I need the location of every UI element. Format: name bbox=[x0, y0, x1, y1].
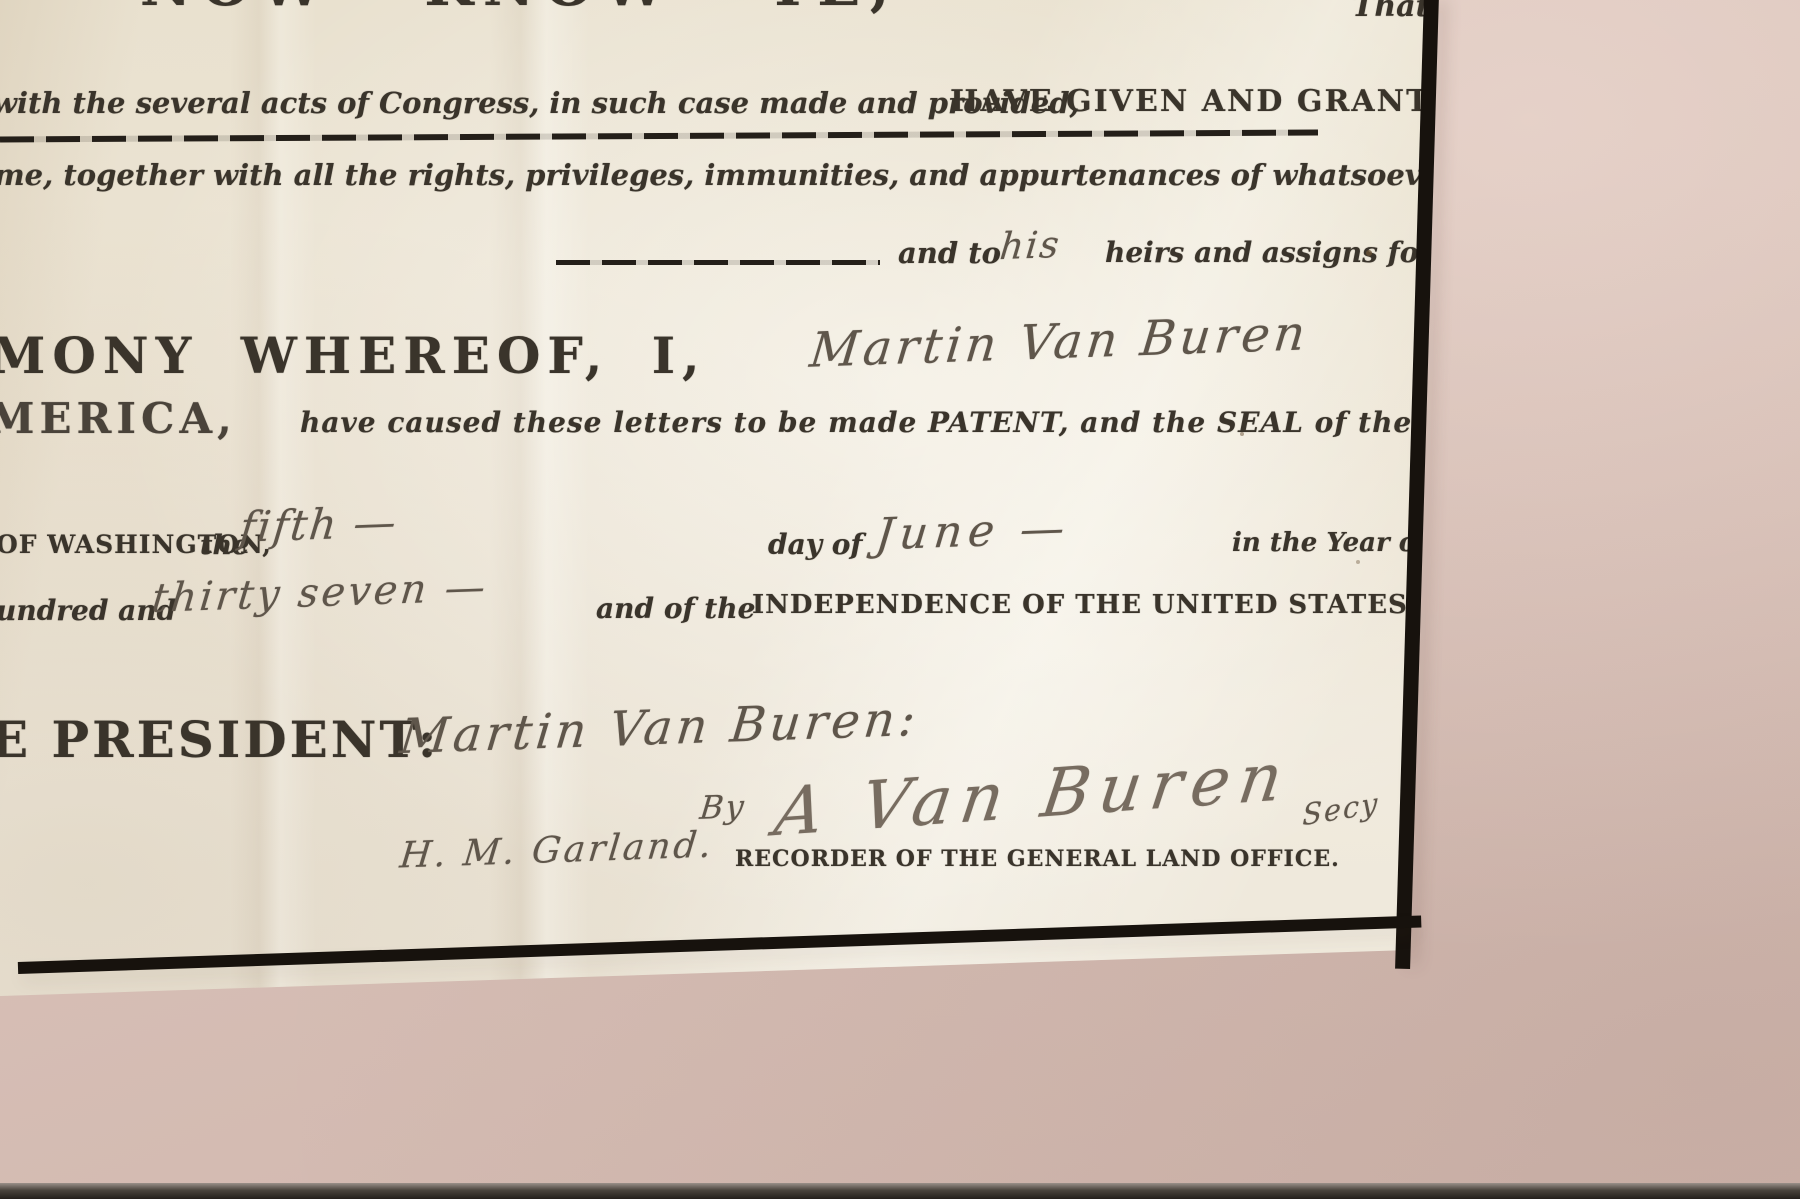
line-rights: me, together with all the rights, privil… bbox=[0, 158, 1755, 192]
line-city-tail: in the Year of our bbox=[1232, 528, 1486, 558]
paper-spot bbox=[1366, 250, 1372, 256]
recorder-title: RECORDER OF THE GENERAL LAND OFFICE. bbox=[735, 846, 1340, 872]
line-heirs-script-his: his bbox=[998, 223, 1063, 268]
line-city-script-month: June — bbox=[873, 502, 1073, 560]
photo-bottom-shadow bbox=[0, 1183, 1800, 1199]
line-heirs-pre: and to bbox=[898, 236, 1001, 270]
line-acts-italic: with the several acts of Congress, in su… bbox=[0, 86, 1080, 120]
line-year-caps: INDEPENDENCE OF THE UNITED STATES bbox=[752, 590, 1408, 620]
line-city-script-day: fifth — bbox=[237, 497, 400, 552]
line-year-mid: and of the bbox=[596, 592, 755, 625]
line-america-italic: have caused these letters to be made PAT… bbox=[300, 406, 1587, 439]
ruled-line bbox=[0, 130, 1318, 143]
ruled-line-short bbox=[556, 260, 880, 265]
document-paper: NOW KNOW YE, That the with the several a… bbox=[0, 0, 1438, 1005]
line-testimony-caps: MONY WHEREOF, I, bbox=[0, 326, 707, 385]
signature-secy: Secy bbox=[1302, 786, 1379, 833]
line-testimony-name: Martin Van Buren bbox=[807, 305, 1312, 379]
line-city-dayof: day of bbox=[768, 528, 862, 561]
line-america-ornament: MERICA, bbox=[0, 394, 237, 443]
framed-document-photo: NOW KNOW YE, That the with the several a… bbox=[0, 0, 1800, 1199]
line-acts-caps: HAVE GIVEN AND GRANTED, bbox=[950, 84, 1495, 119]
line-year-script: thirty seven — bbox=[150, 564, 491, 622]
signature-by: By bbox=[698, 787, 748, 827]
line-heirs-post: heirs and assigns forever. bbox=[1105, 236, 1507, 269]
signature-garland: H. M. Garland. bbox=[398, 824, 716, 876]
paper-spot bbox=[1356, 560, 1360, 564]
line-top-caps: NOW KNOW YE, bbox=[140, 0, 900, 19]
paper-spot bbox=[1240, 432, 1244, 436]
line-president-signature: Martin Van Buren: bbox=[397, 691, 922, 765]
signature-van-buren: A Van Buren bbox=[770, 738, 1296, 852]
line-president-caps: E PRESIDENT: bbox=[0, 710, 439, 769]
